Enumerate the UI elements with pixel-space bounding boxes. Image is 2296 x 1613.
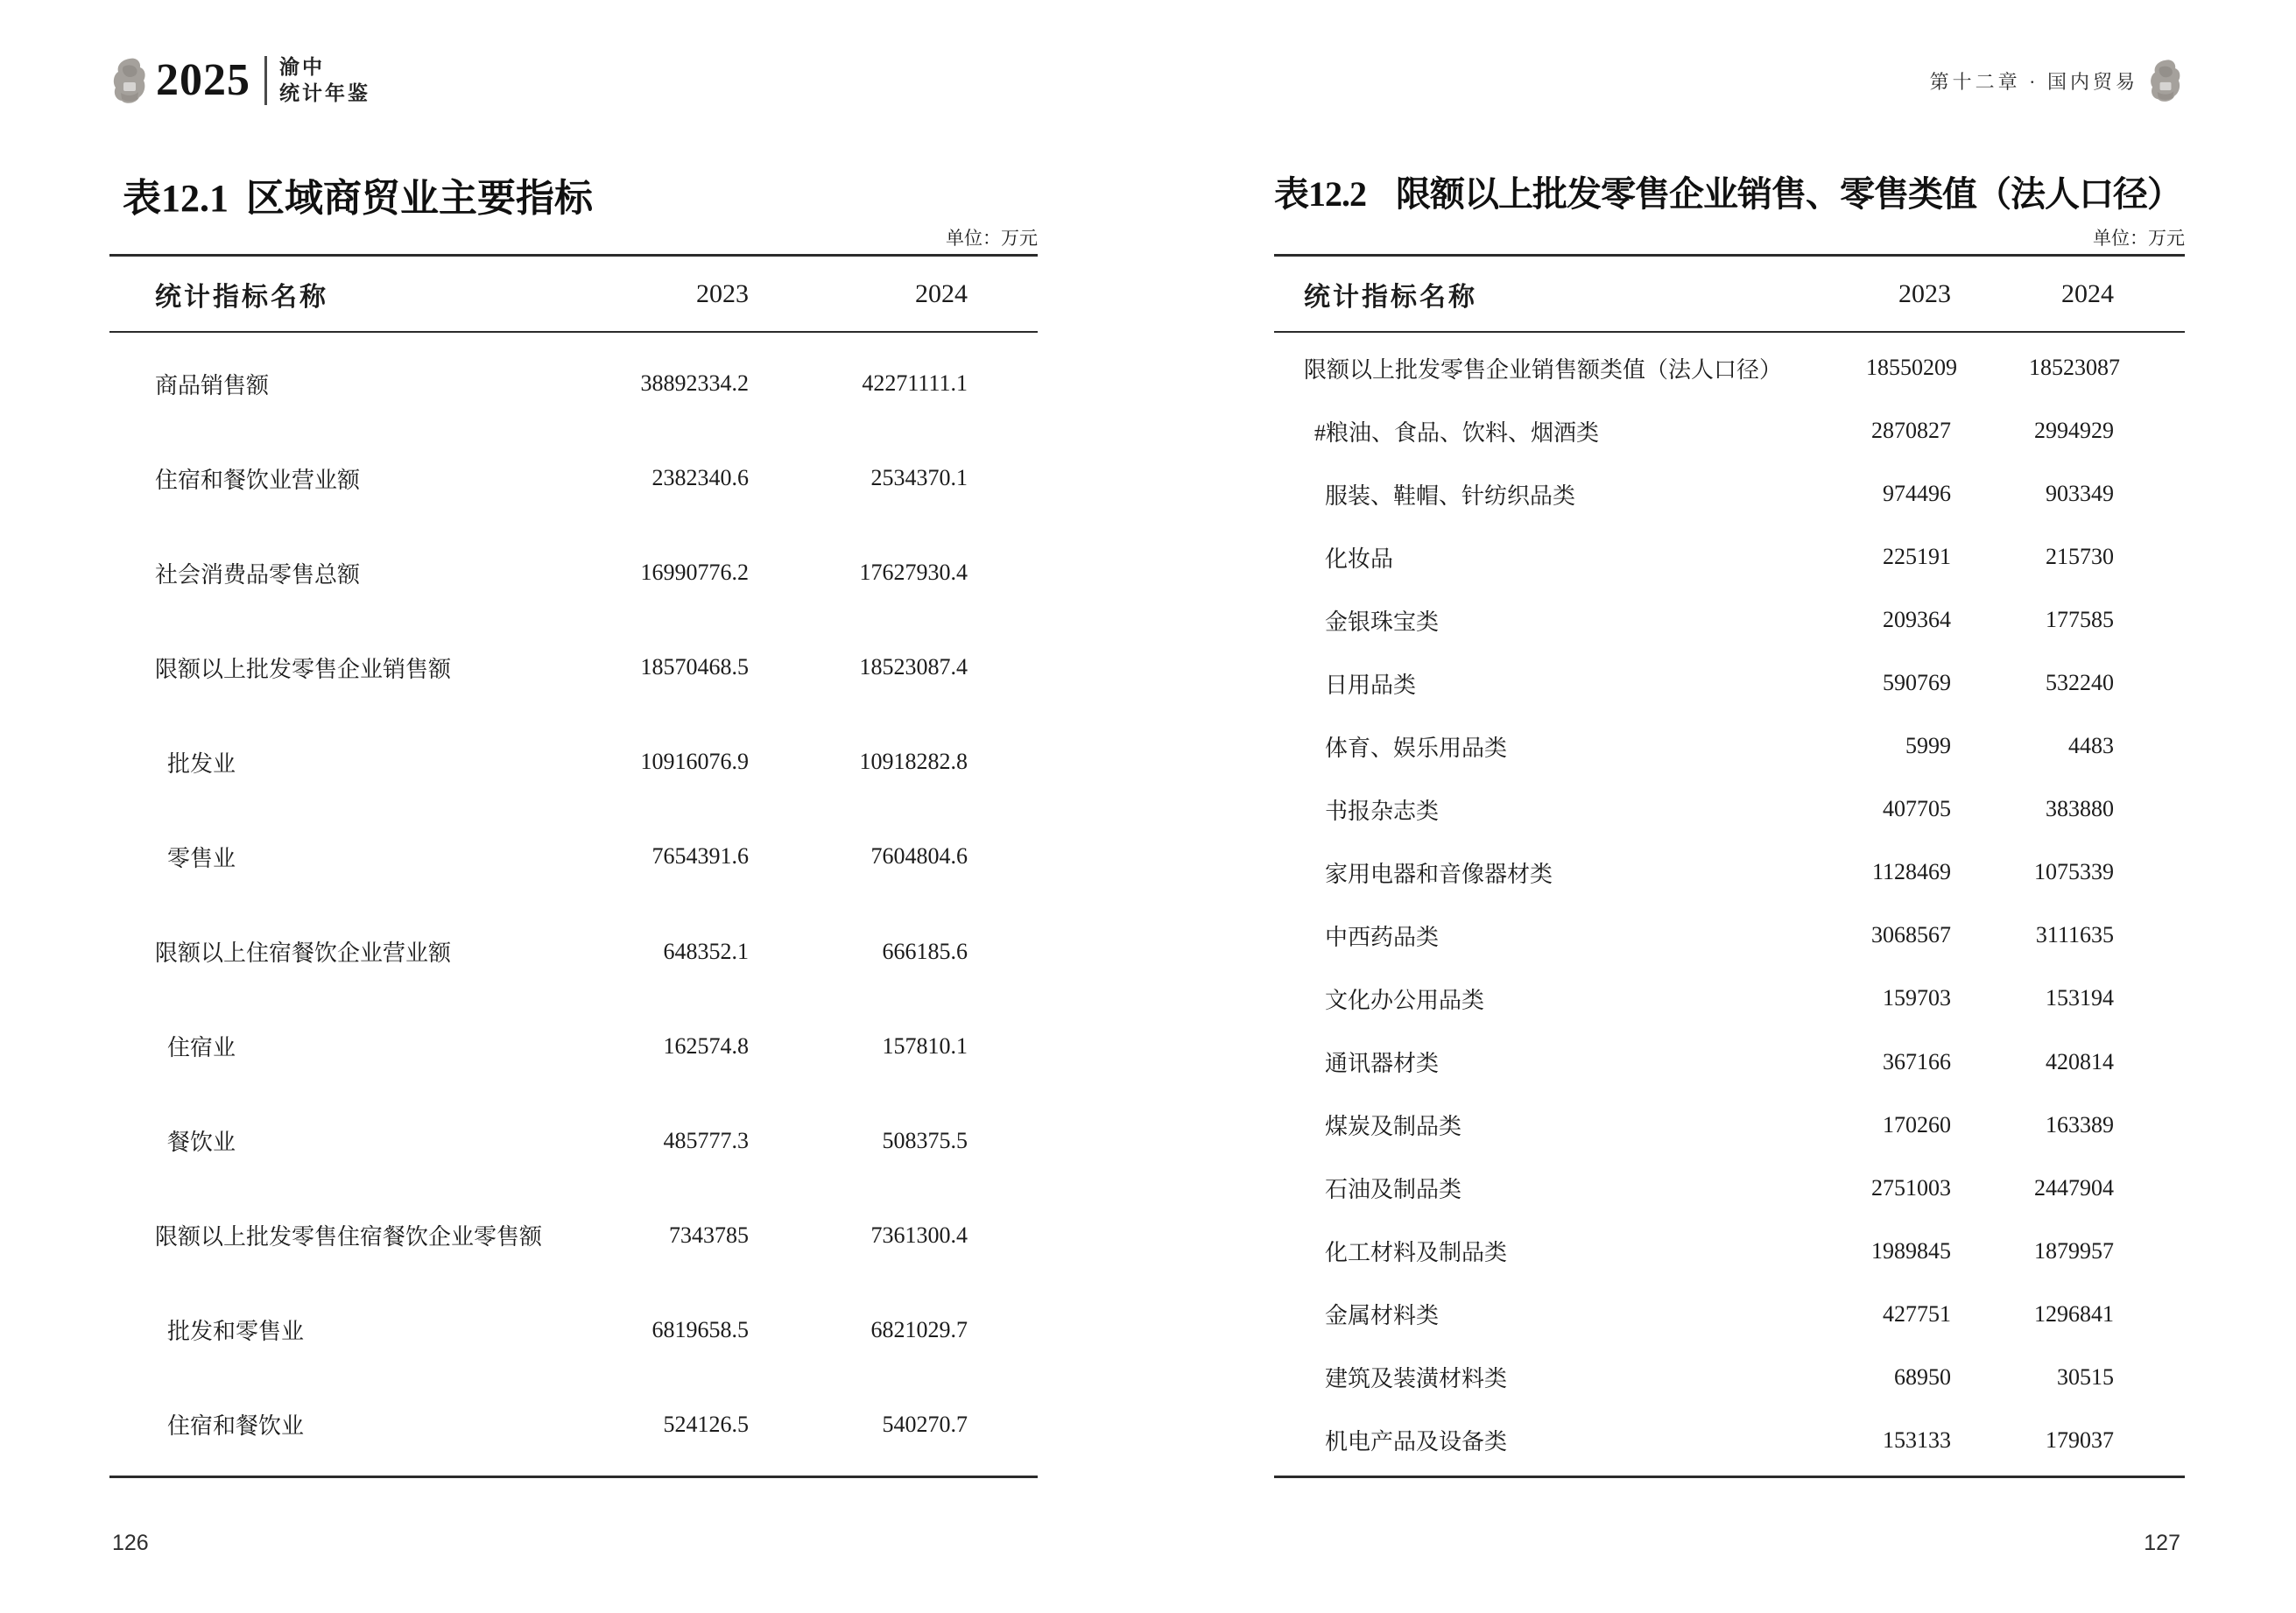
- seal-icon-right: [2149, 58, 2182, 103]
- seal-icon-left: [112, 56, 147, 105]
- column-header-indicator: 统计指标名称: [109, 275, 565, 313]
- row-value-2024: 2994929: [1951, 418, 2114, 444]
- table2-unit-label: 单位：万元: [1274, 224, 2185, 250]
- table-row: 住宿和餐饮业 524126.5 540270.7: [109, 1408, 1038, 1440]
- row-value-2023: 524126.5: [565, 1412, 749, 1438]
- row-value-2023: 2870827: [1776, 418, 1951, 444]
- row-value-2024: 42271111.1: [749, 370, 968, 397]
- row-indicator-label: 住宿业: [109, 1030, 565, 1062]
- table-row: 限额以上批发零售企业销售额 18570468.5 18523087.4: [109, 652, 1038, 684]
- row-indicator-label: 金银珠宝类: [1274, 604, 1776, 637]
- table1-body: 商品销售额 38892334.2 42271111.1 住宿和餐饮业营业额 23…: [109, 333, 1038, 1476]
- row-indicator-label: 限额以上批发零售企业销售额类值（法人口径）: [1274, 352, 1782, 384]
- table-row: 化工材料及制品类 1989845 1879957: [1274, 1235, 2185, 1267]
- table-row: 通讯器材类 367166 420814: [1274, 1046, 2185, 1078]
- table1-title: 表12.1区域商贸业主要指标: [123, 166, 593, 222]
- table2: 统计指标名称 2023 2024 限额以上批发零售企业销售额类值（法人口径） 1…: [1274, 254, 2185, 1478]
- table-row: 化妆品 225191 215730: [1274, 541, 2185, 574]
- table-row: 限额以上住宿餐饮企业营业额 648352.1 666185.6: [109, 935, 1038, 968]
- table-row: 日用品类 590769 532240: [1274, 667, 2185, 700]
- row-value-2024: 179037: [1951, 1427, 2114, 1454]
- row-indicator-label: 体育、娱乐用品类: [1274, 730, 1776, 763]
- row-value-2024: 157810.1: [749, 1033, 968, 1060]
- row-value-2024: 7604804.6: [749, 843, 968, 870]
- row-indicator-label: #粮油、食品、饮料、烟酒类: [1274, 415, 1776, 447]
- row-value-2023: 209364: [1776, 607, 1951, 633]
- row-value-2023: 18550209: [1782, 355, 1957, 381]
- table-row: #粮油、食品、饮料、烟酒类 2870827 2994929: [1274, 415, 2185, 447]
- yearbook-year: 2025: [156, 54, 250, 107]
- row-indicator-label: 家用电器和音像器材类: [1274, 856, 1776, 889]
- chapter-heading: 第十二章 · 国内贸易: [1930, 58, 2182, 103]
- row-value-2024: 666185.6: [749, 939, 968, 965]
- row-indicator-label: 机电产品及设备类: [1274, 1424, 1776, 1456]
- row-indicator-label: 金属材料类: [1274, 1298, 1776, 1330]
- table-row: 商品销售额 38892334.2 42271111.1: [109, 368, 1038, 400]
- row-value-2023: 427751: [1776, 1301, 1951, 1328]
- row-value-2024: 508375.5: [749, 1128, 968, 1154]
- row-indicator-label: 通讯器材类: [1274, 1046, 1776, 1078]
- row-indicator-label: 文化办公用品类: [1274, 983, 1776, 1015]
- table-row: 中西药品类 3068567 3111635: [1274, 919, 2185, 952]
- table1-header-row: 统计指标名称 2023 2024: [109, 257, 1038, 333]
- row-value-2023: 225191: [1776, 544, 1951, 570]
- row-value-2024: 1075339: [1951, 859, 2114, 885]
- row-value-2023: 16990776.2: [565, 560, 749, 586]
- row-value-2024: 30515: [1951, 1364, 2114, 1391]
- row-value-2023: 648352.1: [565, 939, 749, 965]
- row-value-2023: 5999: [1776, 733, 1951, 759]
- chapter-title: 第十二章 · 国内贸易: [1930, 67, 2138, 95]
- row-indicator-label: 化工材料及制品类: [1274, 1235, 1776, 1267]
- row-indicator-label: 餐饮业: [109, 1124, 565, 1157]
- table-row: 石油及制品类 2751003 2447904: [1274, 1172, 2185, 1204]
- row-value-2023: 2382340.6: [565, 465, 749, 491]
- table-row: 金属材料类 427751 1296841: [1274, 1298, 2185, 1330]
- yearbook-name: 渝中 统计年鉴: [279, 54, 370, 107]
- row-value-2023: 162574.8: [565, 1033, 749, 1060]
- row-indicator-label: 石油及制品类: [1274, 1172, 1776, 1204]
- table1-number: 表12.1: [123, 177, 229, 220]
- row-indicator-label: 住宿和餐饮业营业额: [109, 462, 565, 495]
- row-indicator-label: 批发和零售业: [109, 1314, 565, 1346]
- table-row: 零售业 7654391.6 7604804.6: [109, 841, 1038, 873]
- row-indicator-label: 零售业: [109, 841, 565, 873]
- row-value-2023: 10916076.9: [565, 749, 749, 775]
- row-value-2024: 2534370.1: [749, 465, 968, 491]
- table-row: 煤炭及制品类 170260 163389: [1274, 1109, 2185, 1141]
- row-value-2023: 159703: [1776, 985, 1951, 1011]
- row-value-2024: 3111635: [1951, 922, 2114, 948]
- row-indicator-label: 限额以上批发零售住宿餐饮企业零售额: [109, 1219, 565, 1251]
- row-value-2024: 177585: [1951, 607, 2114, 633]
- row-value-2024: 7361300.4: [749, 1222, 968, 1249]
- row-indicator-label: 住宿和餐饮业: [109, 1408, 565, 1440]
- row-value-2024: 18523087: [1957, 355, 2120, 381]
- table1: 统计指标名称 2023 2024 商品销售额 38892334.2 422711…: [109, 254, 1038, 1478]
- table-row: 书报杂志类 407705 383880: [1274, 793, 2185, 826]
- row-indicator-label: 限额以上批发零售企业销售额: [109, 652, 565, 684]
- row-value-2023: 1989845: [1776, 1238, 1951, 1264]
- row-value-2024: 10918282.8: [749, 749, 968, 775]
- row-value-2024: 215730: [1951, 544, 2114, 570]
- row-value-2023: 590769: [1776, 670, 1951, 696]
- row-indicator-label: 商品销售额: [109, 368, 565, 400]
- row-indicator-label: 书报杂志类: [1274, 793, 1776, 826]
- row-value-2023: 1128469: [1776, 859, 1951, 885]
- row-value-2024: 4483: [1951, 733, 2114, 759]
- row-value-2024: 1296841: [1951, 1301, 2114, 1328]
- row-value-2024: 2447904: [1951, 1175, 2114, 1201]
- table1-name: 区域商贸业主要指标: [246, 177, 593, 220]
- row-value-2024: 1879957: [1951, 1238, 2114, 1264]
- row-indicator-label: 中西药品类: [1274, 919, 1776, 952]
- table-row: 住宿和餐饮业营业额 2382340.6 2534370.1: [109, 462, 1038, 495]
- yearbook-name-line2: 统计年鉴: [279, 81, 370, 107]
- table-row: 限额以上批发零售企业销售额类值（法人口径） 18550209 18523087: [1274, 352, 2185, 384]
- table2-number: 表12.2: [1274, 174, 1366, 214]
- row-value-2024: 153194: [1951, 985, 2114, 1011]
- row-value-2023: 170260: [1776, 1112, 1951, 1138]
- row-value-2023: 7654391.6: [565, 843, 749, 870]
- row-indicator-label: 社会消费品零售总额: [109, 557, 565, 589]
- table-row: 金银珠宝类 209364 177585: [1274, 604, 2185, 637]
- table-row: 服装、鞋帽、针纺织品类 974496 903349: [1274, 478, 2185, 511]
- row-value-2023: 2751003: [1776, 1175, 1951, 1201]
- row-value-2024: 420814: [1951, 1049, 2114, 1075]
- column-header-2024: 2024: [1951, 279, 2114, 309]
- row-value-2023: 153133: [1776, 1427, 1951, 1454]
- yearbook-spread: { "header": { "year": "2025", "yearbook_…: [0, 0, 2296, 1613]
- row-value-2023: 367166: [1776, 1049, 1951, 1075]
- row-value-2024: 6821029.7: [749, 1317, 968, 1343]
- row-value-2024: 532240: [1951, 670, 2114, 696]
- row-value-2023: 38892334.2: [565, 370, 749, 397]
- row-indicator-label: 批发业: [109, 746, 565, 778]
- column-header-2023: 2023: [1776, 279, 1951, 309]
- table2-body: 限额以上批发零售企业销售额类值（法人口径） 18550209 18523087 …: [1274, 333, 2185, 1476]
- table-row: 文化办公用品类 159703 153194: [1274, 983, 2185, 1015]
- table-row: 批发业 10916076.9 10918282.8: [109, 746, 1038, 778]
- row-value-2023: 485777.3: [565, 1128, 749, 1154]
- column-header-indicator: 统计指标名称: [1274, 275, 1776, 313]
- table-row: 批发和零售业 6819658.5 6821029.7: [109, 1314, 1038, 1346]
- running-head: 2025 渝中 统计年鉴 第十二章 · 国内贸易: [112, 54, 2182, 107]
- table2-header-row: 统计指标名称 2023 2024: [1274, 257, 2185, 333]
- row-indicator-label: 服装、鞋帽、针纺织品类: [1274, 478, 1776, 511]
- table2-name: 限额以上批发零售企业销售、零售类值（法人口径）: [1396, 174, 2181, 214]
- table-row: 建筑及装潢材料类 68950 30515: [1274, 1361, 2185, 1393]
- table-row: 家用电器和音像器材类 1128469 1075339: [1274, 856, 2185, 889]
- row-value-2024: 163389: [1951, 1112, 2114, 1138]
- table1-unit-label: 单位：万元: [109, 224, 1038, 250]
- table-row: 住宿业 162574.8 157810.1: [109, 1030, 1038, 1062]
- table-row: 机电产品及设备类 153133 179037: [1274, 1424, 2185, 1456]
- row-value-2023: 3068567: [1776, 922, 1951, 948]
- page-number-right: 127: [2144, 1531, 2180, 1556]
- row-value-2024: 383880: [1951, 796, 2114, 822]
- row-value-2024: 540270.7: [749, 1412, 968, 1438]
- column-header-2023: 2023: [565, 279, 749, 309]
- row-indicator-label: 化妆品: [1274, 541, 1776, 574]
- table-row: 餐饮业 485777.3 508375.5: [109, 1124, 1038, 1157]
- row-indicator-label: 煤炭及制品类: [1274, 1109, 1776, 1141]
- row-value-2023: 68950: [1776, 1364, 1951, 1391]
- row-value-2024: 17627930.4: [749, 560, 968, 586]
- row-value-2023: 974496: [1776, 481, 1951, 507]
- row-value-2023: 407705: [1776, 796, 1951, 822]
- row-value-2023: 6819658.5: [565, 1317, 749, 1343]
- row-indicator-label: 限额以上住宿餐饮企业营业额: [109, 935, 565, 968]
- table-row: 体育、娱乐用品类 5999 4483: [1274, 730, 2185, 763]
- row-value-2023: 7343785: [565, 1222, 749, 1249]
- yearbook-name-line1: 渝中: [279, 54, 370, 81]
- table-row: 限额以上批发零售住宿餐饮企业零售额 7343785 7361300.4: [109, 1219, 1038, 1251]
- table-row: 社会消费品零售总额 16990776.2 17627930.4: [109, 557, 1038, 589]
- row-value-2023: 18570468.5: [565, 654, 749, 680]
- yearbook-logo: 2025 渝中 统计年鉴: [112, 54, 370, 107]
- row-value-2024: 18523087.4: [749, 654, 968, 680]
- logo-divider: [264, 56, 267, 105]
- row-indicator-label: 建筑及装潢材料类: [1274, 1361, 1776, 1393]
- column-header-2024: 2024: [749, 279, 968, 309]
- row-value-2024: 903349: [1951, 481, 2114, 507]
- page-number-left: 126: [112, 1531, 149, 1556]
- table2-title: 表12.2限额以上批发零售企业销售、零售类值（法人口径）: [1274, 166, 2181, 216]
- row-indicator-label: 日用品类: [1274, 667, 1776, 700]
